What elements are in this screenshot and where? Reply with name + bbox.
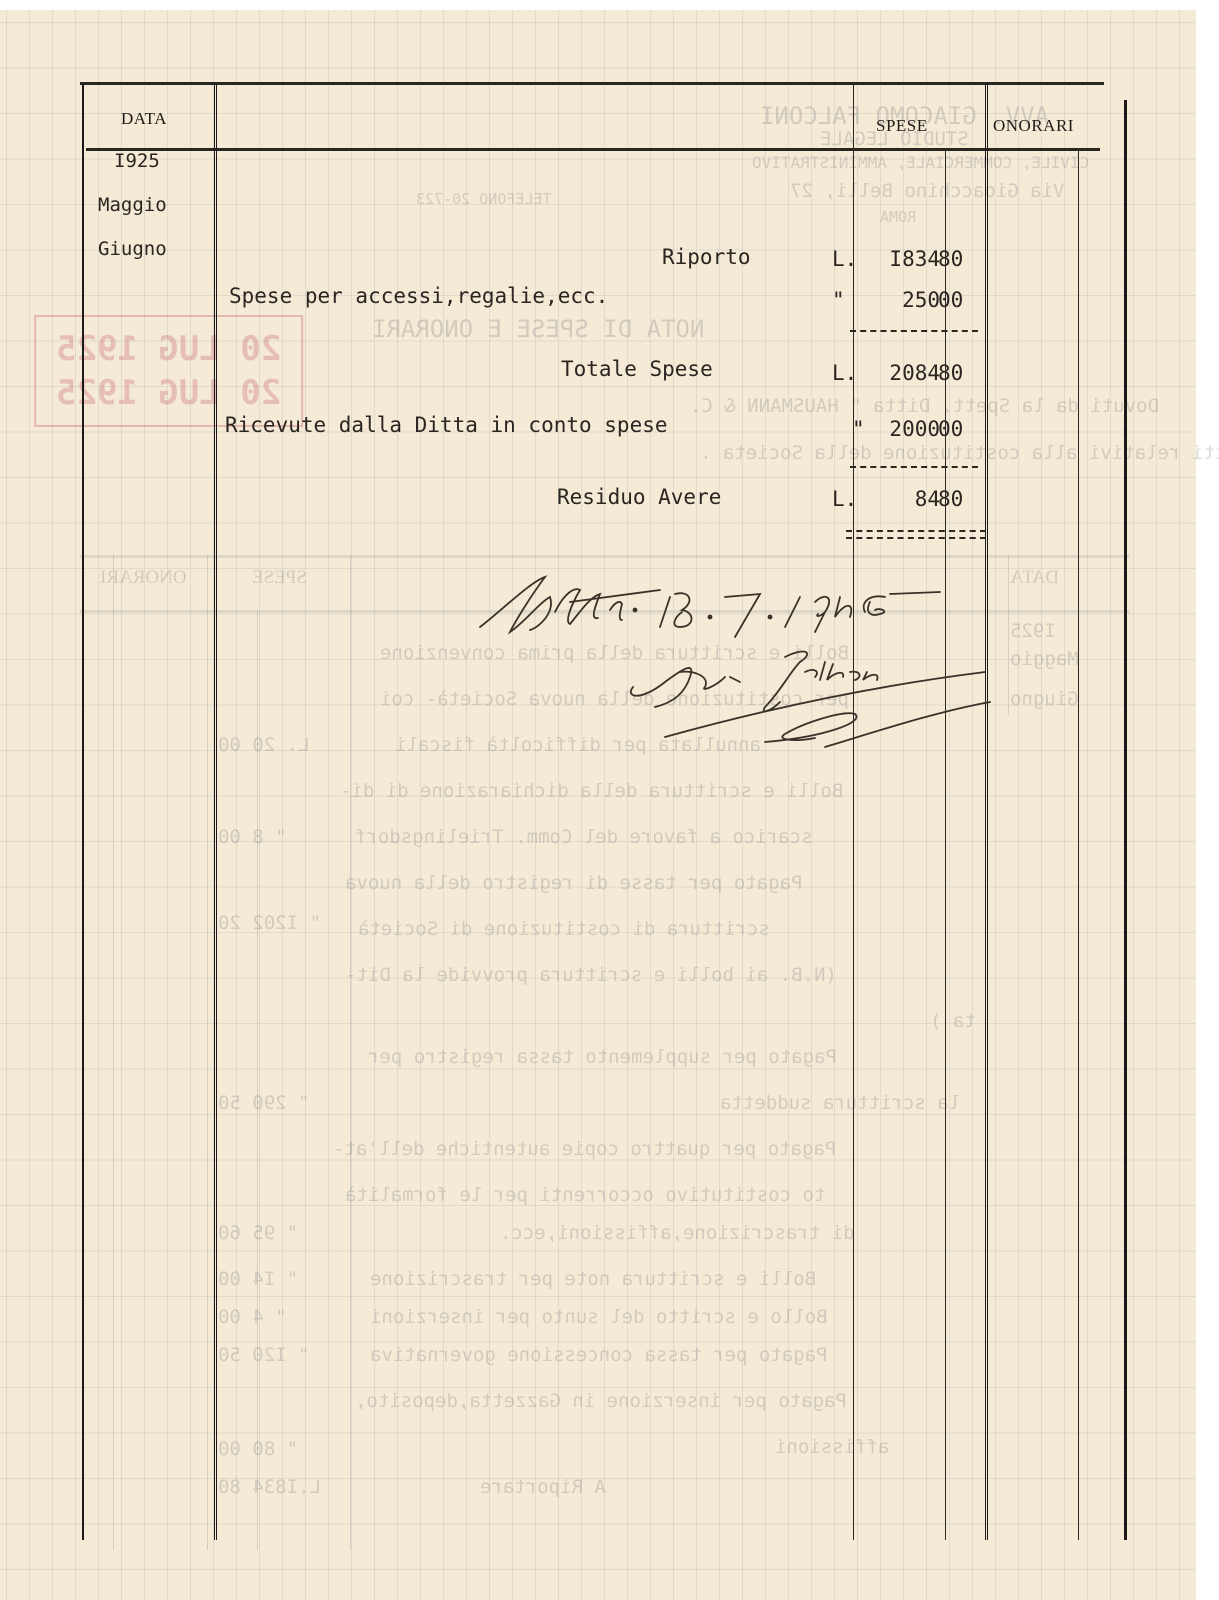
frame-left	[82, 84, 84, 1540]
entry-residuo-label: Residuo Avere	[557, 485, 721, 509]
ghost-title: NOTA DI SPESE E ONORARI	[372, 315, 704, 343]
ghost-header-data: DATA	[1010, 567, 1059, 589]
balance-separator	[850, 466, 978, 468]
ghost-subject: per atti relativi alla costituzione dell…	[700, 442, 1219, 464]
entry-residuo-cents: 80	[938, 487, 963, 511]
entry-residuo-lire: 84	[870, 487, 940, 511]
entry-ricevute-cents: 00	[938, 417, 963, 441]
ghost-rule	[80, 555, 1130, 558]
entry-ricevute-lire: 2000	[870, 417, 940, 441]
onorari-column-left	[985, 84, 988, 1540]
ghost-date: I925	[1010, 620, 1056, 642]
entry-accessi-cents: 00	[938, 288, 963, 312]
entry-riporto-lire: I834	[870, 247, 940, 271]
entry-ricevute-label: Ricevute dalla Ditta in conto spese	[225, 413, 668, 437]
entry-ricevute-currency: "	[852, 417, 865, 441]
ghost-letterhead-line: CIVILE, COMMERCIALE, AMMINISTRATIVO	[752, 153, 1089, 172]
entry-riporto-cents: 80	[938, 247, 963, 271]
ghost-header-spese: SPESE	[252, 567, 307, 589]
ghost-date: Maggio	[1010, 648, 1079, 670]
header-data: DATA	[121, 109, 167, 129]
frame-right	[1124, 100, 1127, 1540]
entry-accessi-label: Spese per accessi,regalie,ecc.	[229, 284, 608, 308]
date-month-giugno: Giugno	[98, 238, 167, 260]
final-double-separator	[846, 530, 986, 539]
signature: Avv. Falconi	[605, 642, 995, 762]
entry-riporto-currency: L.	[832, 247, 857, 271]
document-page: AVV. GIACOMO FALCONI STUDIO LEGALE CIVIL…	[0, 10, 1196, 1600]
ghost-letterhead-line: ROMA	[880, 208, 916, 226]
entry-totale-currency: L.	[832, 361, 857, 385]
date-column-divider	[214, 84, 217, 1540]
ghost-letterhead-line: Via Gioacchino Belli, 27	[790, 180, 1065, 202]
entry-accessi-lire: 250	[870, 288, 940, 312]
entry-residuo-currency: L.	[832, 487, 857, 511]
entry-totale-lire: 2084	[870, 361, 940, 385]
subtotal-separator	[850, 330, 978, 332]
date-month-maggio: Maggio	[98, 194, 167, 216]
header-onorari: ONORARI	[993, 116, 1074, 136]
ghost-addressee: Dovuti da la Spett. Ditta " HAUSMANN & C…	[690, 395, 1159, 417]
onorari-cents-divider	[1078, 150, 1079, 1540]
spese-column-left	[853, 84, 854, 1540]
header-bottom-rule	[86, 148, 1100, 151]
ghost-date: Giugno	[1010, 688, 1079, 710]
entry-riporto-label: Riporto	[662, 245, 751, 269]
date-year: I925	[114, 150, 160, 172]
ghost-letterhead-phone: TELEFONO 20-723	[416, 190, 551, 208]
entry-accessi-currency: "	[832, 288, 845, 312]
ghost-date-stamp: 20 LUG 1925 20 LUG 1925	[34, 315, 303, 427]
spese-cents-divider	[945, 150, 946, 1540]
top-rule	[80, 82, 1104, 85]
header-spese: SPESE	[876, 116, 928, 136]
handwritten-place-date: Soldati 18.7.1925	[470, 572, 950, 652]
entry-totale-cents: 80	[938, 361, 963, 385]
entry-totale-label: Totale Spese	[561, 357, 713, 381]
